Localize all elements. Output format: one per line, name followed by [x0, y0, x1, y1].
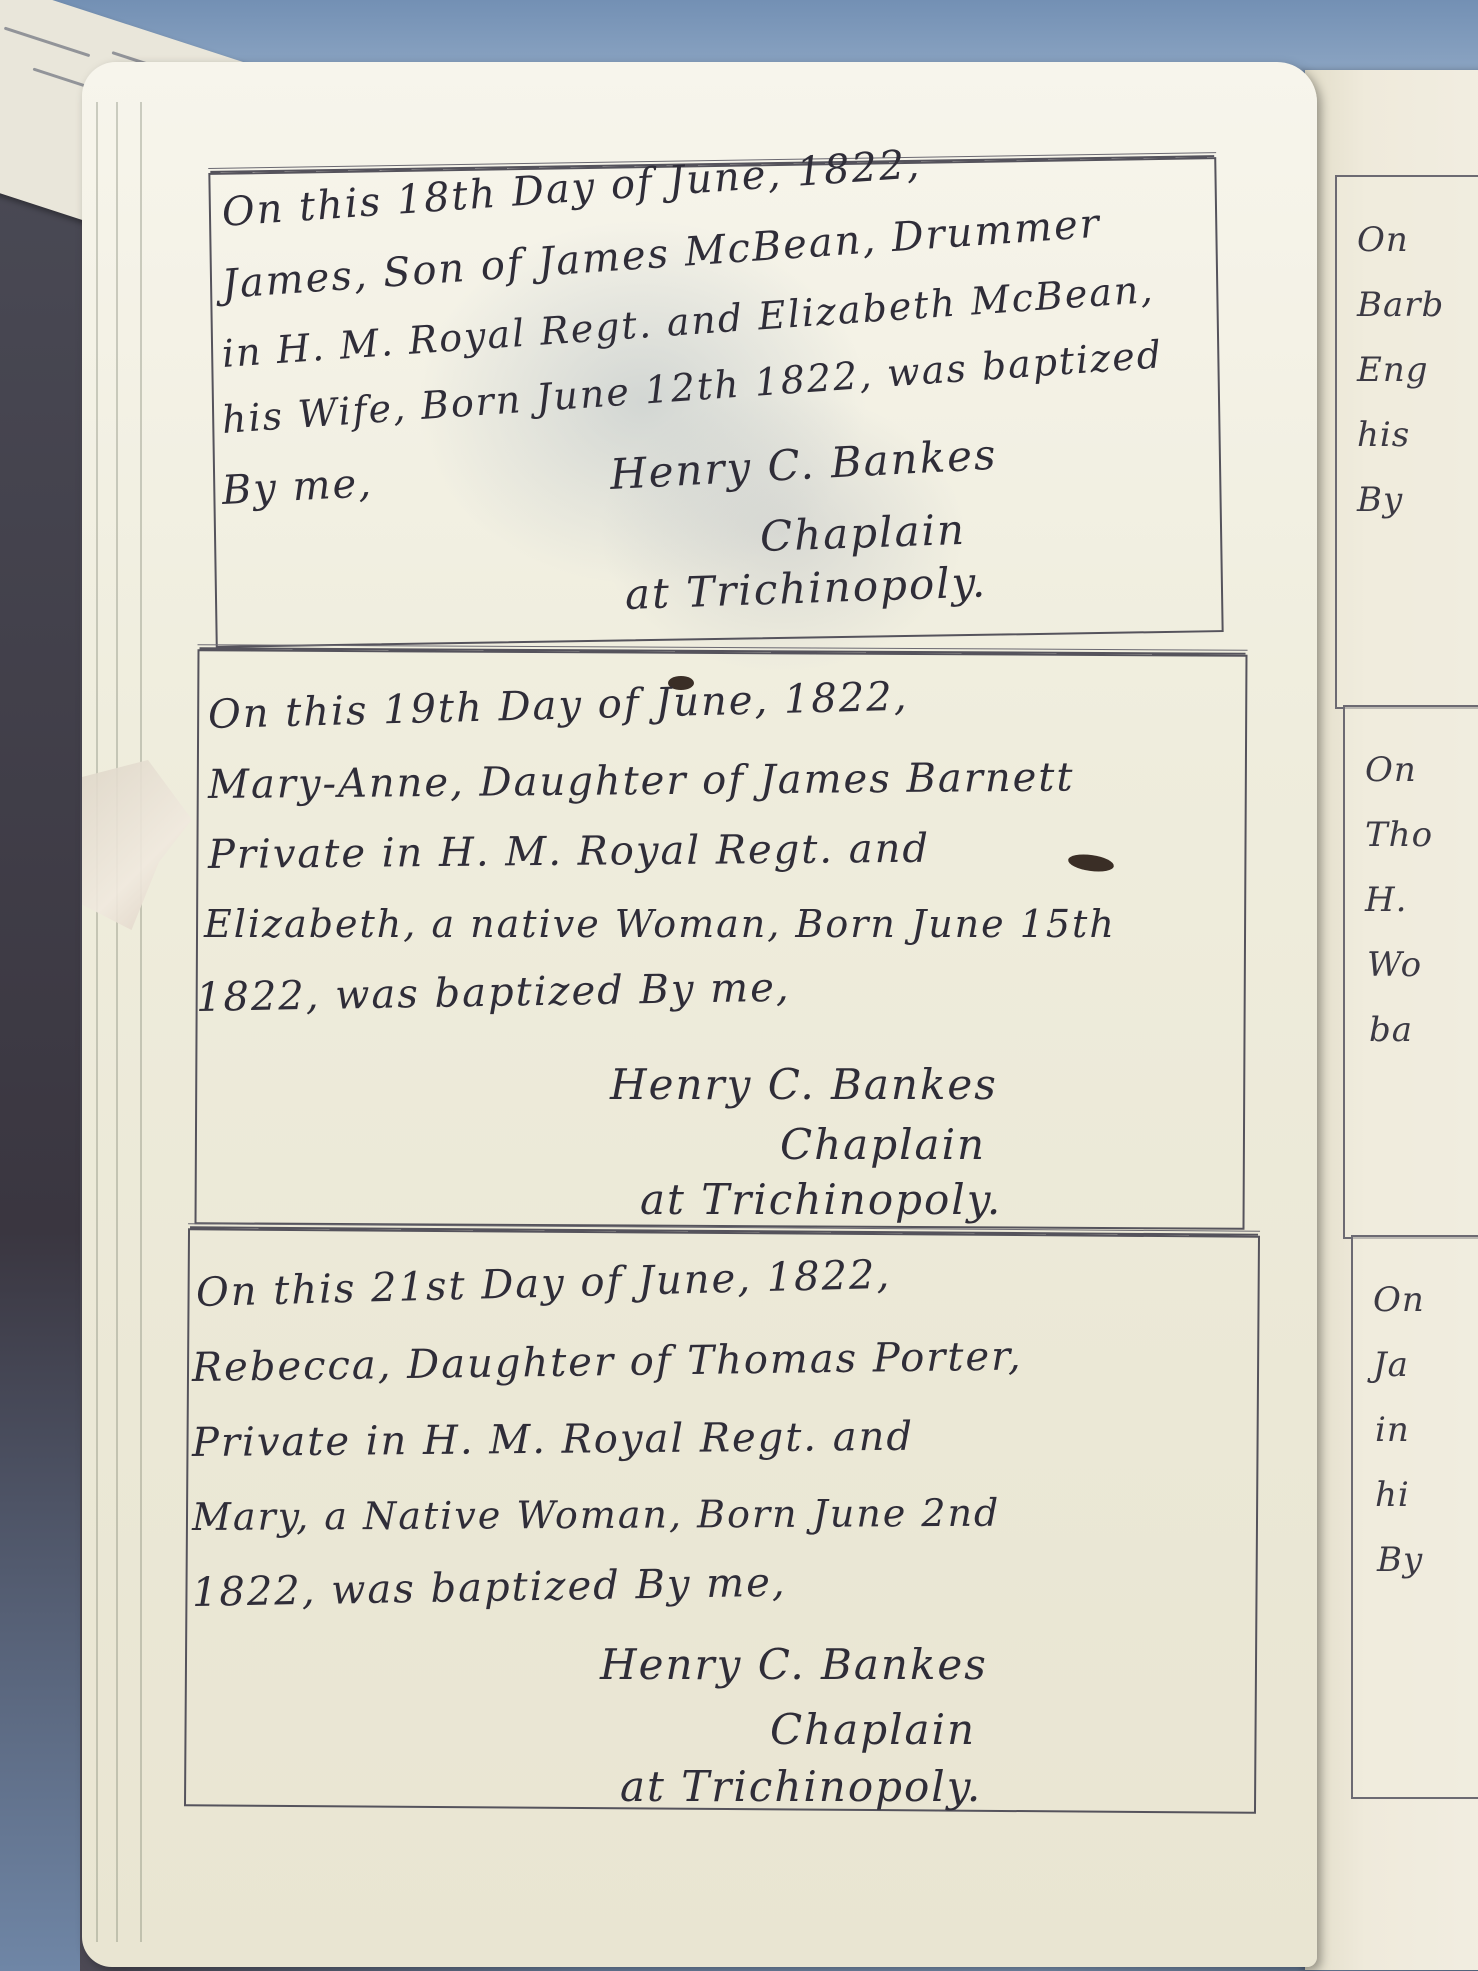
- entry-2-line-3: Private in H. M. Royal Regt. and: [208, 826, 930, 878]
- facing-text: On: [1373, 1280, 1425, 1320]
- facing-text: By: [1357, 480, 1403, 520]
- facing-text: Eng: [1357, 350, 1428, 390]
- facing-text: ba: [1369, 1010, 1413, 1050]
- entry-3-line-4: Mary, a Native Woman, Born June 2nd: [192, 1491, 1001, 1539]
- facing-text: Barb: [1357, 285, 1444, 325]
- facing-text: Wo: [1367, 945, 1422, 985]
- background-shadow: [0, 120, 80, 1971]
- facing-text: in: [1375, 1410, 1410, 1450]
- entry-2-line-4: Elizabeth, a native Woman, Born June 15t…: [204, 902, 1116, 946]
- entry-1-signature-title: Chaplain: [759, 505, 967, 561]
- facing-text: hi: [1375, 1475, 1410, 1515]
- facing-text: By: [1377, 1540, 1423, 1580]
- facing-text: On: [1365, 750, 1417, 790]
- entry-3-signature-title: Chaplain: [770, 1705, 976, 1754]
- facing-page: On Barb Eng his By On Tho H. Wo ba On Ja…: [1305, 70, 1478, 1970]
- facing-text: Tho: [1365, 815, 1433, 855]
- entry-2-line-2: Mary-Anne, Daughter of James Barnett: [208, 754, 1075, 808]
- entry-2-signature-title: Chaplain: [780, 1120, 986, 1169]
- entry-2-signature-place: at Trichinopoly.: [640, 1175, 1002, 1224]
- entry-2-signature-name: Henry C. Bankes: [610, 1060, 998, 1109]
- facing-text: H.: [1365, 880, 1407, 920]
- entry-3-line-3: Private in H. M. Royal Regt. and: [192, 1414, 914, 1466]
- entry-3-signature-name: Henry C. Bankes: [600, 1640, 988, 1689]
- facing-text: On: [1357, 220, 1409, 260]
- entry-1-line-5: By me,: [221, 460, 374, 514]
- facing-text: Ja: [1373, 1345, 1409, 1385]
- facing-text: his: [1357, 415, 1410, 455]
- entry-3-signature-place: at Trichinopoly.: [620, 1762, 982, 1811]
